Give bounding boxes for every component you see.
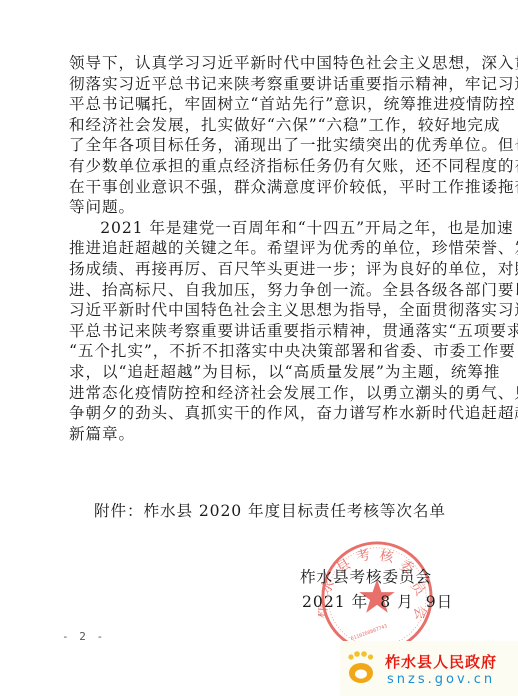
text-line: 争朝夕的劲头、真抓实干的作风，奋力谱写柞水新时代追赶超越 [69,403,461,424]
text-line: 等问题。 [69,197,461,218]
paragraph-1: 领导下，认真学习习近平新时代中国特色社会主义思想，深入贯 彻落实习近平总书记来陕… [69,53,461,218]
text-line: 彻落实习近平总书记来陕考察重要讲话重要指示精神，牢记习近 [69,74,461,95]
watermark-title: 柞水县人民政府 [385,651,497,672]
page-number: - 2 - [62,630,105,643]
text-line: 和经济社会发展，扎实做好“六保”“六稳”工作，较好地完成 [69,115,461,136]
signer-name: 柞水县考核委员会 [300,565,432,587]
site-watermark: 柞水县人民政府 snzs.gov.cn [340,641,518,696]
date-day: 9 [426,593,437,611]
text-line: “五个扎实”，不折不扣落实中央决策部署和省委、市委工作要 [69,341,461,362]
document-body: 领导下，认真学习习近平新时代中国特色社会主义思想，深入贯 彻落实习近平总书记来陕… [69,53,461,444]
text-line: 2021 年是建党一百周年和“十四五”开局之年，也是加速 [69,218,461,239]
text-line: 习近平新时代中国特色社会主义思想为指导，全面贯彻落实习近 [69,300,461,321]
document-page: 领导下，认真学习习近平新时代中国特色社会主义思想，深入贯 彻落实习近平总书记来陕… [0,0,518,696]
watermark-url: snzs.gov.cn [387,672,495,687]
text-line: 在干事创业意识不强，群众满意度评价较低，平时工作推诿拖沓 [69,177,461,198]
text-line: 新篇章。 [69,424,461,445]
svg-text:6110260807743: 6110260807743 [350,623,388,642]
text-line: 进常态化疫情防控和经济社会发展工作，以勇立潮头的勇气、只 [69,383,461,404]
text-line: 有少数单位承担的重点经济指标任务仍有欠账，还不同程度的存 [69,156,461,177]
text-line: 求，以“追赶超越”为目标，以“高质量发展”为主题，统筹推 [69,362,461,383]
document-date: 2021 年 8 月 9日 [302,590,453,612]
text-line: 扬成绩、再接再厉、百尺竿头更进一步；评为良好的单位，对照先 [69,259,461,280]
attachment-note: 附件：柞水县 2020 年度目标责任考核等次名单 [94,499,446,521]
date-year: 2021 [302,593,346,611]
svg-text:核: 核 [378,547,396,566]
text-line: 平总书记嘱托，牢固树立“首站先行”意识，统筹推进疫情防控 [69,94,461,115]
text-line: 推进追赶超越的关键之年。希望评为优秀的单位，珍惜荣誉、发 [69,238,461,259]
svg-text:考: 考 [355,546,372,566]
date-month-unit: 月 [397,593,414,611]
text-line: 平总书记来陕考察重要讲话重要指示精神，贯通落实“五项要求” [69,321,461,342]
text-line: 领导下，认真学习习近平新时代中国特色社会主义思想，深入贯 [69,53,461,74]
text-line: 了全年各项目标任务，涌现出了一批实绩突出的优秀单位。但也 [69,135,461,156]
date-month: 8 [380,593,391,611]
text-line: 进、抬高标尺、自我加压，努力争创一流。全县各级各部门要以 [69,280,461,301]
date-year-unit: 年 [352,593,369,611]
paragraph-2: 2021 年是建党一百周年和“十四五”开局之年，也是加速 推进追赶超越的关键之年… [69,218,461,445]
footprint-logo-icon [346,650,376,686]
date-day-unit: 日 [437,593,454,611]
